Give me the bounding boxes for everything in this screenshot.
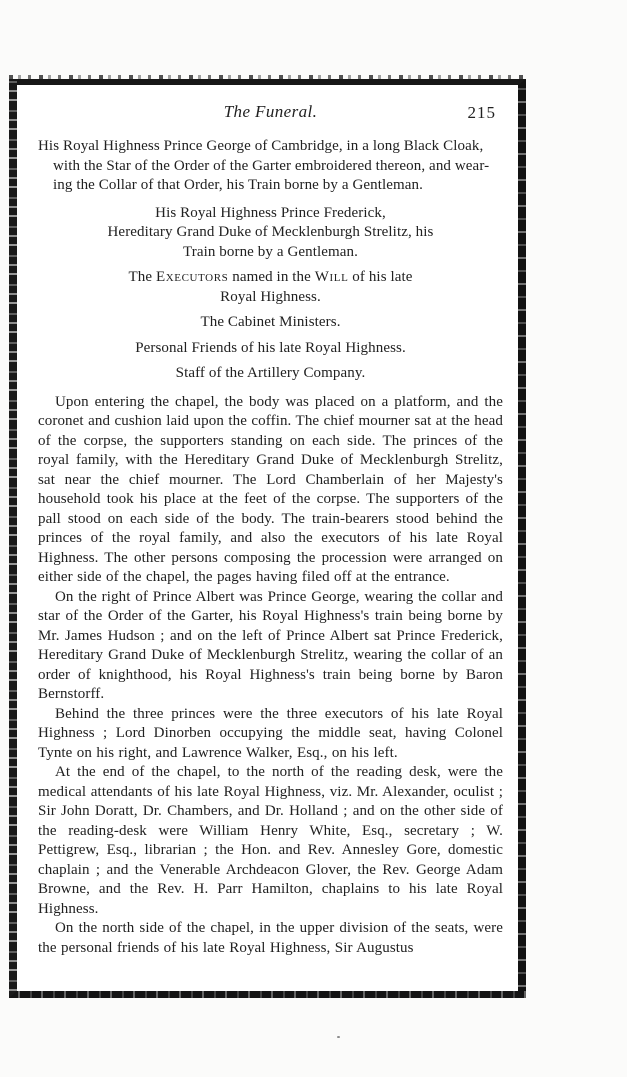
procession-entry-artillery-staff: Staff of the Artillery Company. [38, 364, 503, 384]
body-paragraph: On the right of Prince Albert was Prince… [38, 588, 503, 705]
procession-opening: His Royal Highness Prince George of Camb… [38, 137, 503, 196]
scan-speck [337, 1036, 340, 1038]
procession-entry-line: Royal Highness. [38, 288, 503, 308]
book-page-scan: The Funeral. 215 His Royal Highness Prin… [17, 85, 518, 991]
procession-entry-line: Train borne by a Gentleman. [38, 243, 503, 263]
page-border-frame: The Funeral. 215 His Royal Highness Prin… [9, 79, 526, 998]
procession-entry-cabinet-ministers: The Cabinet Ministers. [38, 313, 503, 333]
executors-text: named in the [228, 269, 314, 285]
procession-entry-line: His Royal Highness Prince Frederick, [38, 204, 503, 224]
will-smallcaps: Will [315, 269, 349, 285]
executors-text: The [128, 269, 155, 285]
procession-opening-line: ing the Collar of that Order, his Train … [38, 176, 503, 196]
procession-opening-line: with the Star of the Order of the Garter… [38, 157, 503, 177]
procession-entry-executors: The Executors named in the Will of his l… [38, 268, 503, 307]
scan-noise-right-edge [518, 79, 526, 998]
scan-noise-bottom-edge [9, 991, 526, 998]
body-paragraph: Upon entering the chapel, the body was p… [38, 393, 503, 588]
page-header: The Funeral. 215 [38, 102, 503, 124]
procession-entry-personal-friends: Personal Friends of his late Royal Highn… [38, 339, 503, 359]
body-text: Upon entering the chapel, the body was p… [38, 393, 503, 959]
page-number: 215 [468, 103, 497, 123]
body-paragraph: Behind the three princes were the three … [38, 705, 503, 764]
procession-entry-frederick: His Royal Highness Prince Frederick, Her… [38, 204, 503, 263]
procession-opening-line: His Royal Highness Prince George of Camb… [38, 137, 503, 157]
running-title: The Funeral. [224, 102, 318, 121]
executors-text: of his late [348, 269, 412, 285]
procession-entry-line: The Executors named in the Will of his l… [38, 268, 503, 288]
scan-noise-left-edge [9, 79, 17, 998]
body-paragraph: At the end of the chapel, to the north o… [38, 763, 503, 919]
body-paragraph: On the north side of the chapel, in the … [38, 919, 503, 958]
executors-smallcaps: Executors [156, 269, 228, 285]
procession-entry-line: Hereditary Grand Duke of Mecklenburgh St… [38, 223, 503, 243]
